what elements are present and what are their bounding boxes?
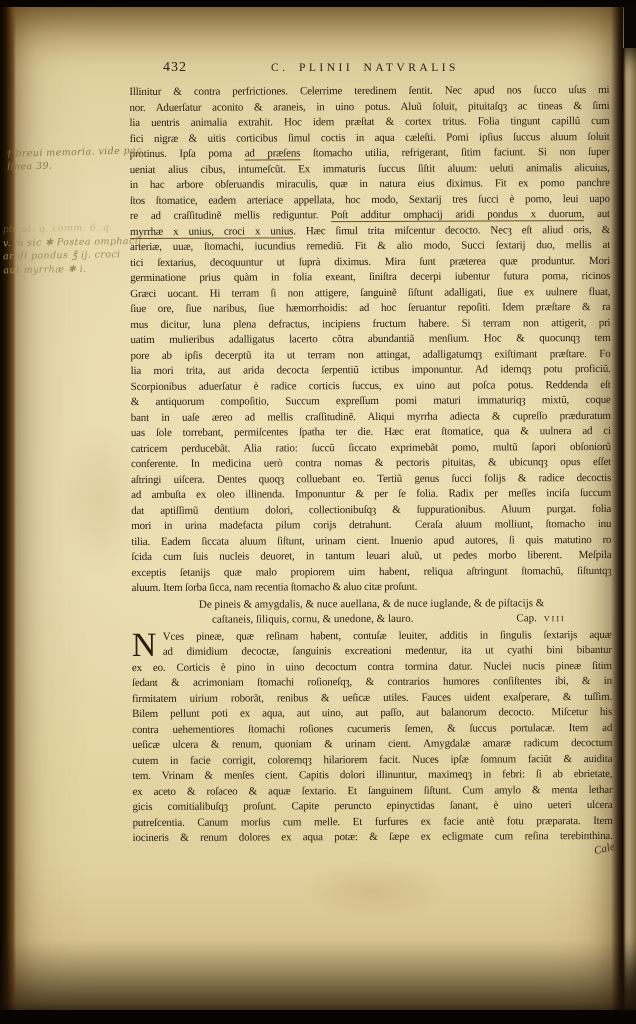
running-header: C. PLINII NATVRALIS	[130, 62, 600, 74]
ink-underlined-text: myrrhæ x unius, croci x unius	[130, 225, 293, 239]
photo-bottom-border	[0, 1010, 636, 1024]
text-segment: ſtomacho utilia, refrigerant, ſitim faci…	[300, 146, 609, 159]
text-line: in hac arbore obſeruandis miraculis, quæ…	[130, 176, 610, 194]
page-gutter-shadow	[611, 0, 623, 1024]
text-line: aluum. Item ſorba ſicca, nam recentia ſt…	[132, 579, 612, 597]
text-segment: Vces pineæ, quæ reſinam habent, contuſæ …	[163, 628, 612, 642]
paragraph-1: Illinitur & contra perfrictiones. Celerr…	[129, 83, 611, 597]
text-segment: dat aptiſſimũ dentium dolori, collection…	[131, 502, 611, 516]
text-segment: Scorpionibus aduerſatur è radice cortici…	[131, 378, 611, 392]
body-text: Illinitur & contra perfrictiones. Celerr…	[129, 83, 612, 847]
text-segment: fici nigræ & uitis corticibus ſimul coct…	[130, 130, 610, 144]
ink-underlined-text: Poſt additur omphacij aridi pondus x duo…	[331, 208, 584, 222]
text-segment: ex aceto & roſaceo & aquæ ſextario. Et ſ…	[132, 783, 612, 797]
handwritten-margin-note-mid: pb. st. q. comm. 6. q. v. m̄ sic ✱ Poste…	[3, 221, 144, 277]
text-line: iocineris & renum dolores ex aqua potæ: …	[133, 829, 613, 847]
text-segment: mori in urina madefacta pilum corijs det…	[131, 518, 611, 532]
ink-underlined-text: ad præſens	[245, 147, 301, 160]
text-segment: mus dicitur, luna plena defractus, incip…	[130, 316, 610, 330]
chapter-heading-line2-text: caſtaneis, ſiliquis, cornu, & unedone, &…	[212, 613, 413, 626]
text-segment: aut	[584, 208, 610, 220]
fore-edge-pages	[623, 48, 636, 1010]
text-line: lia mori trita, aut arida decocta ſerpen…	[131, 362, 611, 380]
text-segment: & antiquorum compoſitio, Succum expreſſu…	[131, 394, 611, 408]
text-segment: tici ſextarius, decoquuntur ut ſuprà dix…	[130, 254, 610, 268]
text-segment: uatim mulieribus adalligatus lacerto cõt…	[130, 332, 610, 346]
text-segment: ad ambuſta ex oleo illinenda. Imponuntur…	[131, 487, 611, 501]
text-line: ſiue ore, ſiue naribus, ſiue hæmorrhoidi…	[130, 300, 610, 318]
text-segment: putreſcentia. Canum morſus cum melle. Et…	[133, 814, 613, 828]
text-segment: conferente. In medicina uerò contra noma…	[131, 456, 611, 470]
margin-note-line: aut myrrhæ ✱ i.	[3, 261, 143, 277]
text-line: ſedant & acrimoniam ſtomachi roſioneſqȝ,…	[132, 674, 612, 692]
text-line: uas ſole torrebant, permiſcentes ſpatha …	[131, 424, 611, 442]
chapter-heading: De pineis & amygdalis, & nuce auellana, …	[132, 595, 612, 628]
text-segment: lia uentris animalia extrahit. Hoc idem …	[129, 115, 609, 129]
text-segment: Bilem pellunt poti ex aqua, aut uino, au…	[132, 706, 612, 720]
text-segment: aſtringi uiſcera. Dentes quoqȝ collueban…	[131, 471, 611, 485]
text-segment: re ad craſſitudinẽ mellis rediguntur.	[130, 209, 331, 222]
bottom-shadow	[0, 940, 636, 1020]
text-segment: firmitatem uirium roborãt, renibus & ueſ…	[132, 690, 612, 704]
text-line: lia uentris animalia extrahit. Hoc idem …	[129, 114, 609, 132]
text-line: Bilem pellunt poti ex aqua, aut uino, au…	[132, 705, 612, 723]
text-line: ueſicæ ulcera & renum, quoniam & urinam …	[132, 736, 612, 754]
text-segment: catricem perducebãt. Alia ratio: ſuccũ ſ…	[131, 440, 611, 454]
chapter-heading-line2: caſtaneis, ſiliquis, cornu, & unedone, &…	[132, 611, 612, 629]
text-segment: nor. Aduerſatur aconito & araneis, in ui…	[129, 99, 609, 113]
text-segment: ueſicæ ulcera & renum, quoniam & urinam …	[132, 737, 612, 751]
handwritten-margin-note-top: † breui memoria. vide pag. 6. linea 39.	[7, 144, 142, 173]
text-segment: arteriæ, uuæ, ſtomachi, iucundius remedi…	[130, 239, 610, 253]
book-photo: 432 C. PLINII NATVRALIS Illinitur & cont…	[0, 0, 636, 1024]
chapter-caption: Cap.viii	[516, 611, 565, 627]
text-segment: ex eo. Corticis è pino in uino decoctum …	[132, 659, 612, 673]
text-segment: uas ſole torrebant, permiſcentes ſpatha …	[131, 425, 611, 439]
text-segment: pore ab ipſis decerptũ ita ut terram non…	[130, 347, 610, 361]
text-segment: Græci uocant. Hi terram ſi non attigere,…	[130, 285, 610, 299]
text-segment: aluum. Item ſorba ſicca, nam recentia ſt…	[132, 581, 418, 594]
text-line: Illinitur & contra perfrictiones. Celerr…	[129, 83, 609, 101]
text-segment: tilia. Eadem ſiccata aluum ſiſtunt, urin…	[131, 533, 611, 547]
photo-top-border	[0, 0, 636, 7]
text-line: protinus. Ipſa poma ad præſens ſtomacho …	[130, 145, 610, 163]
margin-note-line: pb. st. q. comm. 6. q.	[3, 221, 143, 237]
chapter-label: Cap.	[516, 612, 537, 624]
text-segment: ad dimidium decoctæ, ſanguinis excreatio…	[163, 644, 612, 658]
text-segment: Illinitur & contra perfrictiones. Celerr…	[129, 84, 609, 98]
text-line: ſcida cum ſuis nucleis deuoret, in tantu…	[131, 548, 611, 566]
text-line: & antiquorum compoſitio, Succum expreſſu…	[131, 393, 611, 411]
text-line: exceptis ſetanijs quæ malo propiorem uim…	[131, 563, 611, 581]
text-segment: ſedant & acrimoniam ſtomachi roſioneſqȝ,…	[132, 675, 612, 689]
text-line: tem. Vrinam & menſes cient. Capitis dolo…	[132, 767, 612, 785]
text-segment: . Hæc ſimul trita miſcentur decocto. Nec…	[293, 223, 610, 236]
text-segment: germinatione prius quàm in folia exeant,…	[130, 270, 610, 284]
text-line: re ad craſſitudinẽ mellis rediguntur. Po…	[130, 207, 610, 225]
text-segment: ueniat alius cibus, intumeſcũt. Ex immat…	[130, 161, 610, 175]
drop-cap-initial: N	[132, 630, 159, 660]
paragraph-2: N Vces pineæ, quæ reſinam habent, contuſ…	[132, 627, 613, 846]
text-segment: ſcida cum ſuis nucleis deuoret, in tantu…	[131, 549, 611, 563]
text-segment: in hac arbore obſeruandis miraculis, quæ…	[130, 177, 610, 191]
text-segment: contra uehementiores ſtomachi roſiones c…	[132, 721, 612, 735]
text-line: conferente. In medicina uerò contra noma…	[131, 455, 611, 473]
text-segment: cutem in facie corrigit, coloremqȝ hilar…	[132, 752, 612, 766]
text-segment: lia mori trita, aut arida decocta ſerpen…	[131, 363, 611, 377]
text-segment: protinus. Ipſa poma	[130, 148, 245, 161]
text-segment: gicis comitialibuſqȝ proſunt. Capite per…	[132, 799, 612, 813]
text-line: ad dimidium decoctæ, ſanguinis excreatio…	[163, 643, 612, 660]
text-line: gicis comitialibuſqȝ proſunt. Capite per…	[132, 798, 612, 816]
text-segment: exceptis ſetanijs quæ malo propiorem uim…	[131, 564, 611, 578]
text-line: germinatione prius quàm in folia exeant,…	[130, 269, 610, 287]
text-line: mori in urina madefacta pilum corijs det…	[131, 517, 611, 535]
text-segment: tem. Vrinam & menſes cient. Capitis dolo…	[132, 768, 612, 782]
chapter-number: viii	[544, 612, 566, 624]
text-line: uatim mulieribus adalligatus lacerto cõt…	[130, 331, 610, 349]
text-line: ad ambuſta ex oleo illinenda. Imponuntur…	[131, 486, 611, 504]
text-segment: bant in uaſe æreo ad mellis craſſitudinẽ…	[131, 409, 611, 423]
text-segment: iocineris & renum dolores ex aqua potæ: …	[133, 830, 613, 844]
margin-note-line: v. m̄ sic ✱ Postea omphacij	[3, 234, 143, 250]
text-segment: ſtos ſtomatice, eadem arteriace appellat…	[130, 192, 610, 206]
text-segment: ſiue ore, ſiue naribus, ſiue hæmorrhoidi…	[130, 301, 610, 315]
text-line: arteriæ, uuæ, ſtomachi, iucundius remedi…	[130, 238, 610, 256]
